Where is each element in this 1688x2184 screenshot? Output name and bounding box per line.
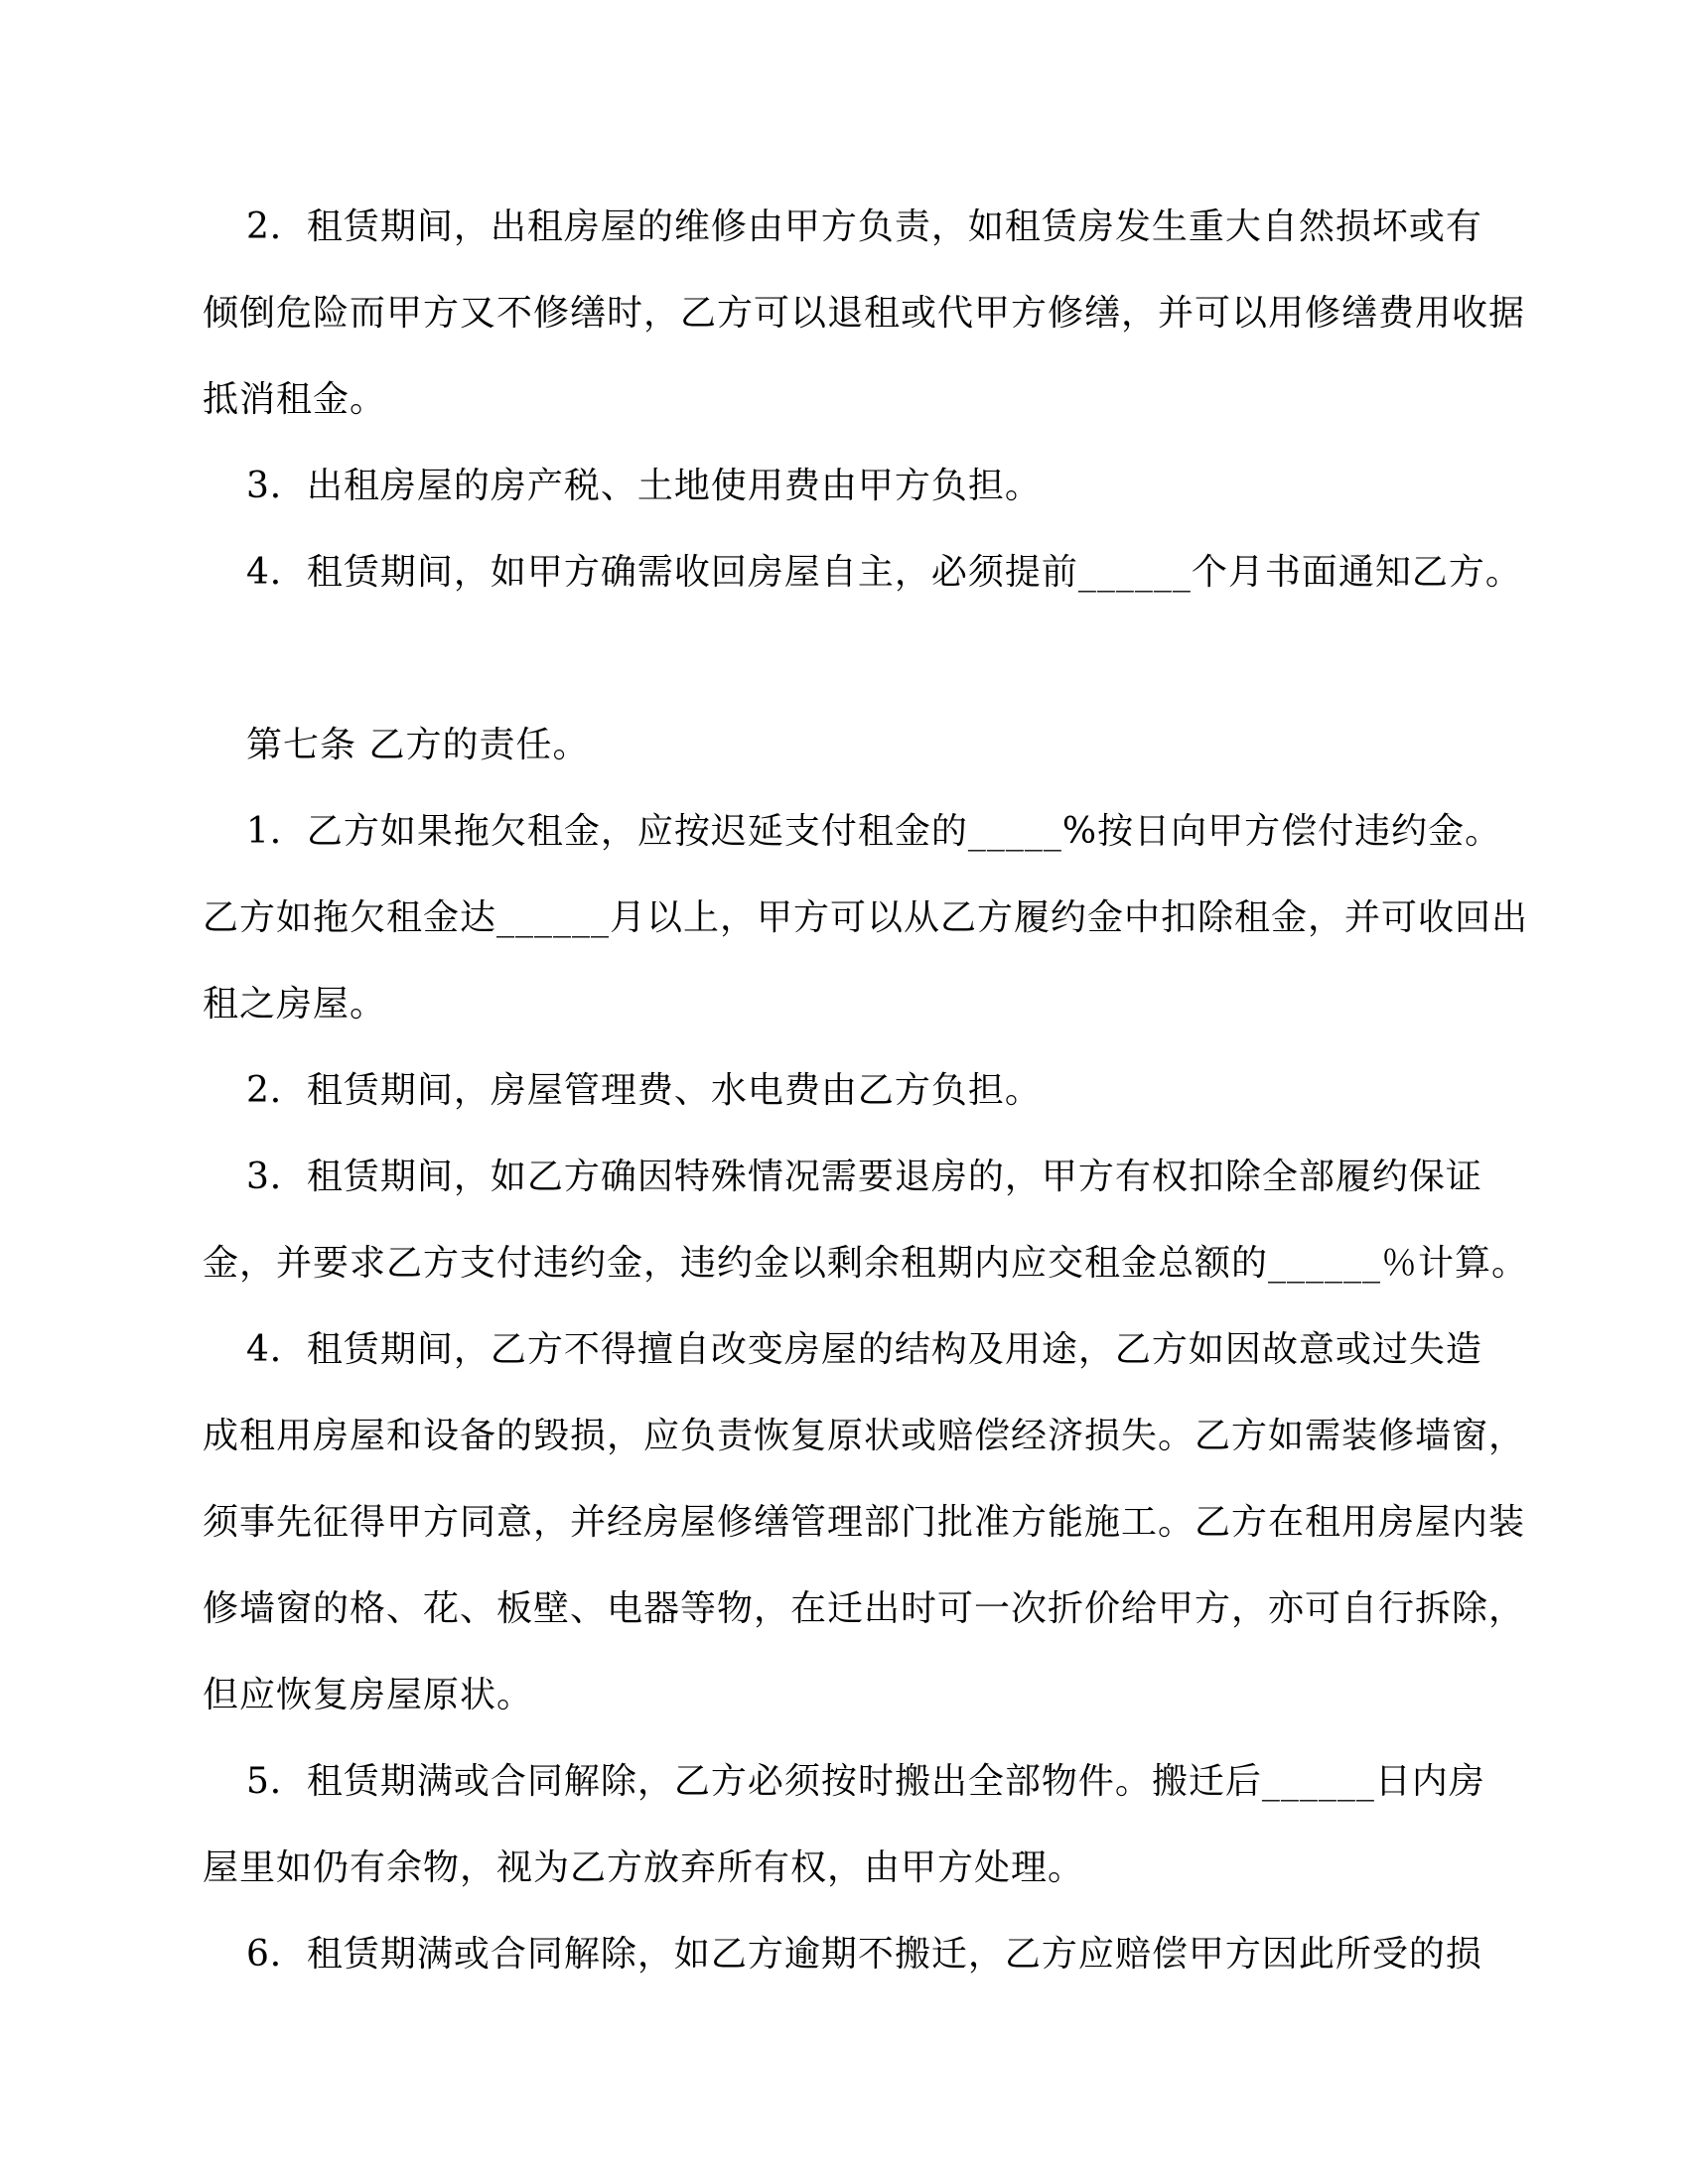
document-line: 修墙窗的格、花、板壁、电器等物，在迁出时可一次折价给甲方，亦可自行拆除， — [203, 1566, 1529, 1652]
blank-line — [203, 615, 1529, 702]
document-line: 租之房屋。 — [203, 961, 1529, 1047]
document-line: 4．租赁期间，乙方不得擅自改变房屋的结构及用途，乙方如因故意或过失造 — [203, 1306, 1529, 1393]
document-line: 1．乙方如果拖欠租金，应按迟延支付租金的_____%按日向甲方偿付违约金。 — [203, 788, 1529, 875]
document-line: 4．租赁期间，如甲方确需收回房屋自主，必须提前______个月书面通知乙方。 — [203, 529, 1529, 615]
document-line: 金，并要求乙方支付违约金，违约金以剩余租期内应交租金总额的______％计算。 — [203, 1220, 1529, 1306]
document-line: 但应恢复房屋原状。 — [203, 1652, 1529, 1738]
document-line: 抵消租金。 — [203, 356, 1529, 443]
document-line: 倾倒危险而甲方又不修缮时，乙方可以退租或代甲方修缮，并可以用修缮费用收据 — [203, 270, 1529, 356]
document-line: 3．出租房屋的房产税、土地使用费由甲方负担。 — [203, 443, 1529, 529]
document-line: 5．租赁期满或合同解除，乙方必须按时搬出全部物件。搬迁后______日内房 — [203, 1738, 1529, 1825]
document-line: 6．租赁期满或合同解除，如乙方逾期不搬迁，乙方应赔偿甲方因此所受的损 — [203, 1911, 1529, 1997]
document-line: 屋里如仍有余物，视为乙方放弃所有权，由甲方处理。 — [203, 1825, 1529, 1911]
document-line: 乙方如拖欠租金达______月以上，甲方可以从乙方履约金中扣除租金，并可收回出 — [203, 875, 1529, 961]
contract-document-page: 2．租赁期间，出租房屋的维修由甲方负责，如租赁房发生重大自然损坏或有 倾倒危险而… — [0, 0, 1688, 2184]
document-line: 2．租赁期间，出租房屋的维修由甲方负责，如租赁房发生重大自然损坏或有 — [203, 184, 1529, 270]
document-line: 2．租赁期间，房屋管理费、水电费由乙方负担。 — [203, 1047, 1529, 1134]
document-line: 3．租赁期间，如乙方确因特殊情况需要退房的，甲方有权扣除全部履约保证 — [203, 1134, 1529, 1220]
document-line: 须事先征得甲方同意，并经房屋修缮管理部门批准方能施工。乙方在租用房屋内装 — [203, 1479, 1529, 1566]
document-line: 成租用房屋和设备的毁损，应负责恢复原状或赔偿经济损失。乙方如需装修墙窗， — [203, 1393, 1529, 1479]
section-heading: 第七条 乙方的责任。 — [203, 702, 1529, 788]
